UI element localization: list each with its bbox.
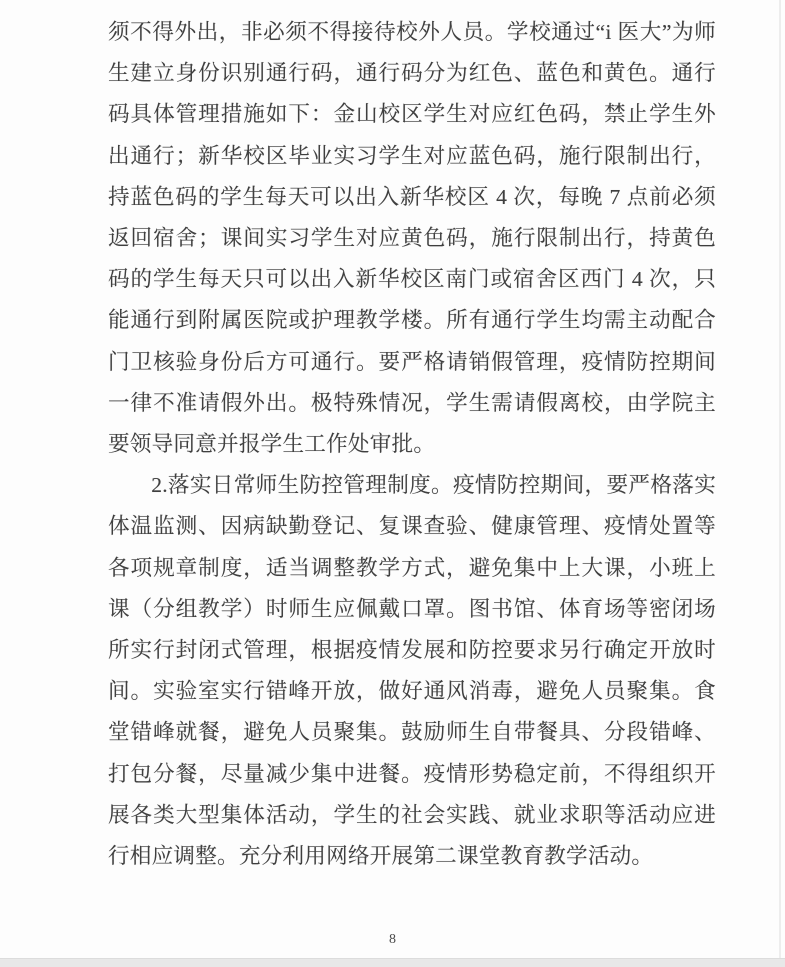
scan-edge-bottom <box>0 958 785 967</box>
document-page: 须不得外出，非必须不得接待校外人员。学校通过“i 医大”为师生建立身份识别通行码… <box>0 0 785 967</box>
body-paragraph-item-2: 2.落实日常师生防控管理制度。疫情防控期间，要严格落实体温监测、因病缺勤登记、复… <box>108 465 716 877</box>
page-footer: 8 <box>0 930 785 948</box>
page-number: 8 <box>389 932 396 947</box>
scan-edge-right <box>779 0 781 967</box>
body-paragraph-continuation: 须不得外出，非必须不得接待校外人员。学校通过“i 医大”为师生建立身份识别通行码… <box>108 12 716 465</box>
document-body: 须不得外出，非必须不得接待校外人员。学校通过“i 医大”为师生建立身份识别通行码… <box>108 12 716 877</box>
